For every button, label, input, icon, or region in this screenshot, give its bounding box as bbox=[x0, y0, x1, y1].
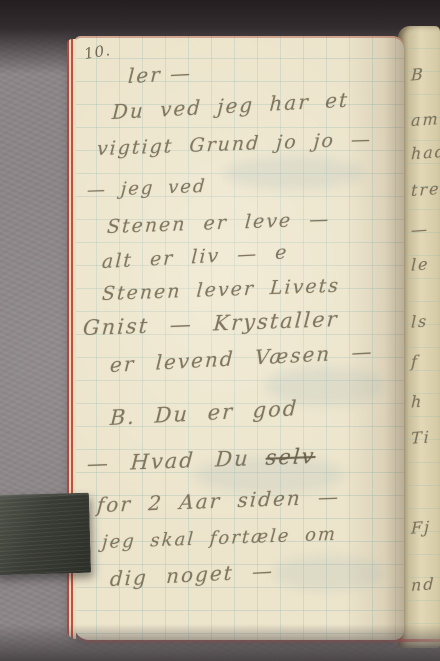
facing-page-fragment: Fj bbox=[411, 517, 432, 537]
handwriting-line: ler — bbox=[127, 61, 192, 88]
handwriting-line: dig noget — bbox=[109, 558, 274, 591]
handwriting-line: — jeg ved bbox=[86, 176, 207, 201]
bottom-shadow bbox=[0, 624, 440, 661]
handwriting-line: Gnist — Krystaller bbox=[82, 307, 339, 340]
notebook-photo: B am had tre — le ls f h Ti Fj nd 10. le… bbox=[0, 0, 440, 661]
handwriting-line: Stenen er leve — bbox=[106, 208, 331, 238]
facing-page-fragment: h bbox=[411, 392, 424, 412]
facing-page-fragment: nd bbox=[411, 574, 436, 595]
book-strap bbox=[0, 493, 91, 576]
facing-page-fragment: — bbox=[411, 219, 430, 239]
facing-page-fragment: had bbox=[411, 142, 440, 164]
handwriting-line: alt er liv — e bbox=[101, 241, 289, 273]
verso-show-through bbox=[224, 156, 364, 190]
facing-page-fragment: am bbox=[411, 109, 440, 130]
page-number: 10. bbox=[83, 41, 112, 63]
facing-page-fragment: B bbox=[411, 64, 425, 84]
notebook-page: 10. ler — Du ved jeg har et vigtigt Grun… bbox=[74, 36, 404, 640]
facing-page-fragment: tre bbox=[411, 179, 440, 200]
handwriting-line: Du ved jeg har et bbox=[111, 88, 349, 125]
verso-show-through bbox=[274, 556, 384, 590]
facing-page-fragment: ls bbox=[411, 311, 429, 331]
handwriting-line: B. Du er god bbox=[109, 396, 299, 430]
handwriting-line: for 2 Aar siden — bbox=[96, 484, 341, 517]
facing-page-fragment: Ti bbox=[411, 427, 431, 447]
handwriting-line: jeg skal fortæle om bbox=[101, 524, 337, 553]
facing-page-edge: B am had tre — le ls f h Ti Fj nd bbox=[398, 26, 440, 648]
struck-word: selv bbox=[265, 444, 316, 470]
handwriting-line: vigtigt Grund jo jo — bbox=[96, 128, 373, 160]
handwriting-line: Stenen lever Livets bbox=[101, 275, 341, 305]
facing-page-fragment: f bbox=[411, 352, 420, 372]
facing-page-fragment: le bbox=[411, 254, 430, 274]
